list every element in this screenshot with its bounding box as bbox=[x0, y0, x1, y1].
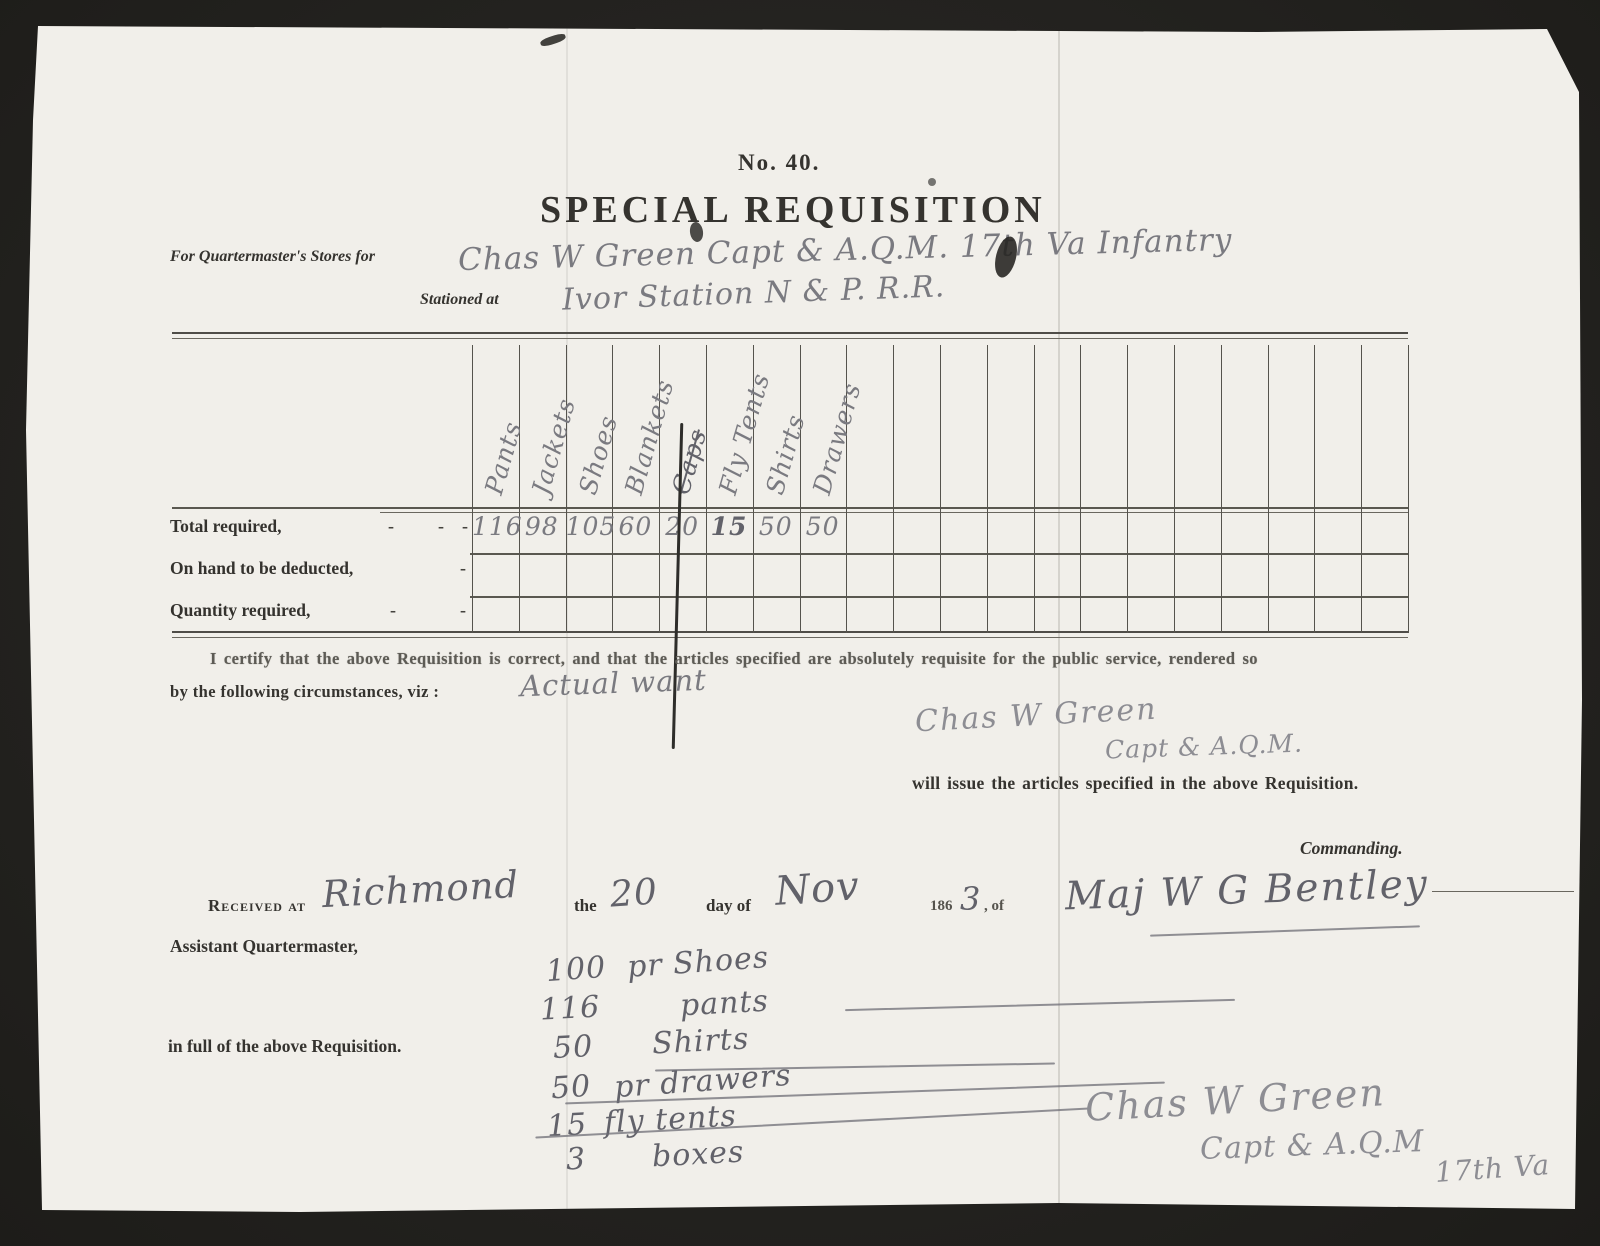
table-column-line bbox=[1127, 345, 1128, 633]
total-required-value: 116 bbox=[472, 512, 518, 541]
receipt-item-qty: 116 bbox=[539, 989, 601, 1027]
table-row-label: Quantity required, bbox=[170, 600, 310, 621]
stray-mark bbox=[928, 178, 936, 186]
document-page: No. 40. SPECIAL REQUISITION For Quarterm… bbox=[0, 0, 1600, 1246]
row-dash-mark: - bbox=[460, 600, 466, 621]
receipt-item-qty: 50 bbox=[550, 1069, 593, 1107]
receipt-signature-unit: 17th Va bbox=[1434, 1148, 1551, 1189]
table-column-line bbox=[1034, 345, 1035, 633]
table-column-line bbox=[800, 345, 801, 633]
table-column-line bbox=[893, 345, 894, 633]
certify-line-2: by the following circumstances, viz : bbox=[170, 682, 439, 702]
row-dash-mark: - bbox=[462, 516, 468, 537]
fold-crease bbox=[1058, 0, 1060, 1246]
total-required-value: 50 bbox=[753, 512, 799, 541]
receipt-item-desc: fly tents bbox=[603, 1099, 737, 1141]
receipt-item-desc: Shirts bbox=[651, 1021, 750, 1061]
table-column-line bbox=[612, 345, 613, 633]
table-column-line bbox=[1408, 345, 1409, 633]
signature-flourish bbox=[1150, 925, 1420, 936]
scan-background: No. 40. SPECIAL REQUISITION For Quarterm… bbox=[0, 0, 1600, 1246]
table-column-line bbox=[1221, 345, 1222, 633]
total-required-value: 105 bbox=[566, 512, 612, 541]
column-header-shirts: Shirts bbox=[760, 411, 811, 498]
receipt-item-desc: pants bbox=[679, 984, 770, 1024]
table-column-line bbox=[1361, 345, 1362, 633]
table-column-line bbox=[472, 345, 473, 633]
certify-line-1: I certify that the above Requisition is … bbox=[210, 649, 1258, 669]
table-column-line bbox=[706, 345, 707, 633]
for-stores-label: For Quartermaster's Stores for bbox=[170, 248, 375, 266]
will-issue-line: will issue the articles specified in the… bbox=[912, 773, 1358, 794]
assistant-quartermaster-label: Assistant Quartermaster, bbox=[170, 936, 358, 957]
table-column-line bbox=[1174, 345, 1175, 633]
commanding-label: Commanding. bbox=[1300, 838, 1403, 859]
receipt-item-desc: pr Shoes bbox=[626, 940, 770, 985]
row-dash-mark: - bbox=[390, 600, 396, 621]
table-row-label: On hand to be deducted, bbox=[170, 558, 353, 579]
table-top-rule-2 bbox=[172, 338, 1408, 339]
total-required-value: 60 bbox=[612, 512, 658, 541]
received-place-handwritten: Richmond bbox=[321, 863, 520, 916]
day-of-label: day of bbox=[706, 896, 751, 916]
table-top-rule bbox=[172, 332, 1408, 334]
month-handwritten: Nov bbox=[773, 863, 861, 915]
form-number: No. 40. bbox=[738, 150, 820, 176]
row-dash-mark: - bbox=[460, 558, 466, 579]
stationed-at-handwritten: Ivor Station N & P. R.R. bbox=[562, 269, 946, 317]
of-label: , of bbox=[984, 898, 1004, 915]
signature-rule bbox=[1432, 891, 1574, 892]
row-dash-mark: - bbox=[388, 516, 394, 537]
year-printed: 186 bbox=[930, 898, 953, 915]
total-required-value: 98 bbox=[519, 512, 565, 541]
table-column-line bbox=[940, 345, 941, 633]
total-required-value: 15 bbox=[706, 512, 752, 541]
pen-flourish bbox=[845, 999, 1235, 1011]
row-dash-mark: - bbox=[438, 516, 444, 537]
issuer-signature: Maj W G Bentley bbox=[1064, 862, 1429, 920]
stray-mark bbox=[539, 32, 566, 48]
table-column-line bbox=[1080, 345, 1081, 633]
in-full-label: in full of the above Requisition. bbox=[168, 1036, 401, 1057]
table-column-line bbox=[519, 345, 520, 633]
table-column-line bbox=[1314, 345, 1315, 633]
certify-signature: Chas W Green bbox=[914, 692, 1158, 740]
year-digit-handwritten: 3 bbox=[960, 880, 981, 918]
receipt-item-qty: 15 bbox=[546, 1107, 588, 1144]
column-header-pants: Pants bbox=[479, 418, 528, 498]
received-at-label: Received at bbox=[208, 896, 306, 916]
table-row-label: Total required, bbox=[170, 516, 282, 537]
table-column-line bbox=[987, 345, 988, 633]
table-bottom-rule-2 bbox=[172, 637, 1408, 638]
table-column-line bbox=[566, 345, 567, 633]
certify-signature-rank: Capt & A.Q.M. bbox=[1105, 729, 1304, 765]
receipt-signature: Chas W Green bbox=[1084, 1070, 1387, 1130]
table-column-line bbox=[1268, 345, 1269, 633]
receipt-item-qty: 100 bbox=[545, 950, 608, 989]
stationed-at-label: Stationed at bbox=[420, 291, 499, 309]
page-title: SPECIAL REQUISITION bbox=[540, 188, 1046, 232]
receipt-signature-rank: Capt & A.Q.M bbox=[1199, 1124, 1425, 1167]
column-header-drawers: Drawers bbox=[807, 379, 868, 498]
column-header-jackets: Jackets bbox=[526, 395, 582, 498]
table-bottom-rule bbox=[172, 631, 1408, 633]
day-handwritten: 20 bbox=[609, 871, 660, 915]
receipt-item-qty: 3 bbox=[565, 1141, 587, 1177]
total-required-value: 50 bbox=[800, 512, 846, 541]
column-header-shoes: Shoes bbox=[573, 412, 624, 498]
receipt-item-desc: boxes bbox=[651, 1135, 745, 1175]
table-row-rule bbox=[172, 507, 1408, 509]
certify-reason-handwritten: Actual want bbox=[519, 663, 707, 703]
receipt-item-qty: 50 bbox=[552, 1029, 594, 1066]
total-required-value: 20 bbox=[659, 512, 705, 541]
the-label: the bbox=[574, 896, 597, 916]
